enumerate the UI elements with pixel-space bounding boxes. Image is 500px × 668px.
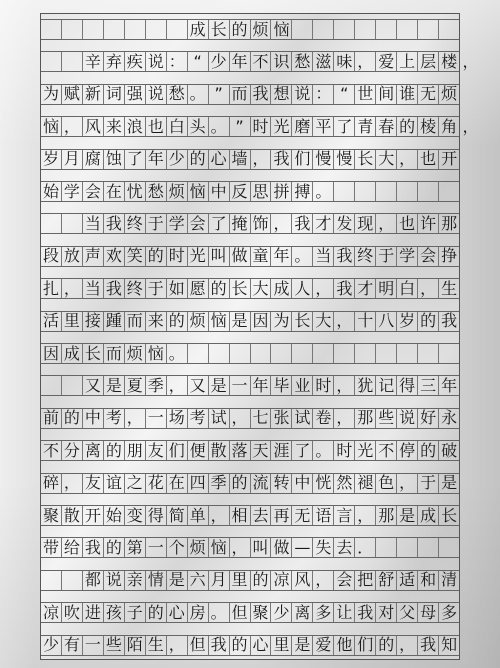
char-cell: 第: [125, 538, 146, 557]
char-cell: 大: [313, 312, 334, 331]
char-cell: 弃: [104, 52, 125, 71]
char-cell: 的: [167, 312, 188, 331]
char-cell: 中: [83, 409, 104, 428]
char-cell: 八: [376, 312, 397, 331]
char-cell: 一: [83, 636, 104, 655]
char-cell: 活: [41, 312, 62, 331]
char-cell: 停: [397, 441, 418, 460]
char-cell: 是: [104, 376, 125, 395]
char-cell: 去: [251, 506, 272, 525]
char-cell: 场: [167, 409, 188, 428]
char-cell: 风: [292, 571, 313, 590]
char-cell: 在: [104, 182, 125, 201]
char-cell: 时: [167, 247, 188, 266]
char-cell: 光: [271, 117, 292, 136]
char-cell: 而: [230, 85, 251, 104]
char-cell: ，: [62, 474, 83, 493]
char-cell: ，: [271, 214, 292, 233]
char-cell: 不: [41, 441, 62, 460]
char-cell: “: [188, 52, 209, 71]
char-cell: 也: [146, 117, 167, 136]
char-cell: ，: [62, 117, 83, 136]
char-cell: 声: [83, 247, 104, 266]
char-cell: 里: [62, 312, 83, 331]
char-cell: 去: [334, 538, 355, 557]
char-cell: 的: [251, 571, 272, 590]
char-cell: ：: [313, 85, 334, 104]
char-cell: [313, 344, 334, 363]
char-cell: 然: [334, 474, 355, 493]
char-cell: 搏: [292, 182, 313, 201]
char-cell: 些: [376, 409, 397, 428]
char-cell: 聚: [251, 603, 272, 622]
char-cell: 间: [376, 85, 397, 104]
char-cell: 得: [146, 506, 167, 525]
char-cell: 破: [439, 441, 459, 460]
char-cell: 我: [292, 214, 313, 233]
char-cell: 我: [439, 312, 459, 331]
essay-line: 少有一些陌生，但我的心里是爱他们的，我知: [41, 635, 459, 656]
char-cell: ，: [397, 636, 418, 655]
char-cell: 学: [167, 214, 188, 233]
char-cell: [439, 344, 459, 363]
char-cell: 踵: [104, 312, 125, 331]
char-cell: 失: [313, 538, 334, 557]
char-cell: 卷: [313, 409, 334, 428]
char-cell: ，: [230, 409, 251, 428]
char-cell: 我: [271, 150, 292, 169]
char-cell: 磨: [292, 117, 313, 136]
essay-line: 为赋新词强说愁。”而我想说：“世间谁无烦: [41, 84, 459, 105]
char-cell: 亲: [125, 571, 146, 590]
char-cell: 季: [209, 474, 230, 493]
char-cell: 长: [230, 279, 251, 298]
char-cell: 接: [83, 312, 104, 331]
char-cell: 我: [83, 538, 104, 557]
char-cell: 也: [418, 150, 439, 169]
char-cell: 知: [439, 636, 459, 655]
char-cell: 愿: [188, 279, 209, 298]
char-cell: 月: [209, 571, 230, 590]
essay-line: 带给我的第一个烦恼，叫做—失去．: [41, 537, 459, 558]
char-cell: 情: [146, 571, 167, 590]
char-cell: 是: [167, 571, 188, 590]
char-cell: 了: [209, 214, 230, 233]
char-cell: 我: [355, 603, 376, 622]
char-cell: 棱: [418, 117, 439, 136]
char-cell: 说: [146, 85, 167, 104]
char-cell: 我: [334, 247, 355, 266]
char-cell: 相: [230, 506, 251, 525]
essay-line: 岁月腐蚀了年少的心墙，我们慢慢长大，也开: [41, 149, 459, 170]
char-cell: 不: [376, 441, 397, 460]
char-cell: 三: [418, 376, 439, 395]
char-cell: 我: [418, 636, 439, 655]
char-cell: [334, 182, 355, 201]
char-cell: 散: [209, 441, 230, 460]
char-cell: 也: [397, 214, 418, 233]
char-cell: 都: [83, 571, 104, 590]
char-cell: 单: [188, 506, 209, 525]
char-cell: 发: [334, 214, 355, 233]
char-cell: 大: [251, 279, 272, 298]
char-cell: 头: [188, 117, 209, 136]
title-char-cell: 的: [230, 20, 251, 39]
char-cell: 友: [146, 441, 167, 460]
char-cell: 为: [271, 312, 292, 331]
char-cell: ，: [251, 150, 272, 169]
char-cell: 。: [188, 85, 209, 104]
char-cell: 房: [188, 603, 209, 622]
char-cell: 生: [146, 636, 167, 655]
title-char-cell: 长: [209, 20, 230, 39]
char-cell: 里: [271, 636, 292, 655]
char-cell: ：: [167, 52, 188, 71]
char-cell: 叫: [209, 247, 230, 266]
char-cell: 我: [251, 85, 272, 104]
char-cell: 时: [313, 376, 334, 395]
char-cell: 的: [418, 441, 439, 460]
char-cell: 舒: [376, 571, 397, 590]
char-cell: 但: [230, 603, 251, 622]
char-cell: ，: [397, 150, 418, 169]
char-cell: 们: [292, 150, 313, 169]
char-cell: 和: [418, 571, 439, 590]
char-cell: ”: [209, 85, 230, 104]
char-cell: 长: [439, 506, 459, 525]
char-cell: [334, 20, 355, 39]
char-cell: 烦: [125, 344, 146, 363]
char-cell: ，: [209, 506, 230, 525]
char-cell: 那: [376, 506, 397, 525]
char-cell: 人: [292, 279, 313, 298]
char-cell: 的: [146, 247, 167, 266]
char-cell: 青: [355, 117, 376, 136]
char-cell: 学: [397, 247, 418, 266]
title-char-cell: 烦: [251, 20, 272, 39]
char-cell: 愁: [167, 85, 188, 104]
char-cell: 岁: [397, 312, 418, 331]
char-cell: 记: [376, 376, 397, 395]
char-cell: 毕: [271, 376, 292, 395]
char-cell: 长: [355, 150, 376, 169]
char-cell: [167, 20, 188, 39]
char-cell: ，: [334, 312, 355, 331]
char-cell: 考: [188, 409, 209, 428]
char-cell: 少: [271, 603, 292, 622]
char-cell: 的: [146, 603, 167, 622]
char-cell: 再: [271, 506, 292, 525]
manuscript-grid-paper: 成长的烦恼 辛弃疾说：“少年不识愁滋味，爱上层楼 为赋新词强说愁。”而我想说：“…: [40, 13, 460, 660]
char-cell: 明: [376, 279, 397, 298]
char-cell: 那: [439, 214, 459, 233]
title-char-cell: 成: [188, 20, 209, 39]
char-cell: 一: [146, 409, 167, 428]
char-cell: 恍: [313, 474, 334, 493]
char-cell: [62, 20, 83, 39]
char-cell: 滋: [313, 52, 334, 71]
char-cell: 爱: [376, 52, 397, 71]
char-cell: 是: [439, 474, 459, 493]
char-cell: [230, 344, 251, 363]
essay-line: 扎，当我终于如愿的长大成人，我才明白，生: [41, 278, 459, 299]
char-cell: 年: [146, 150, 167, 169]
char-cell: [292, 344, 313, 363]
char-cell: 时: [334, 441, 355, 460]
char-cell: 世: [355, 85, 376, 104]
char-cell: 长: [83, 344, 104, 363]
char-cell: 多: [439, 603, 459, 622]
char-cell: 是: [397, 506, 418, 525]
char-cell: ，: [334, 409, 355, 428]
char-cell: [271, 344, 292, 363]
char-cell: 词: [104, 85, 125, 104]
char-cell: 考: [104, 409, 125, 428]
char-cell: 吹: [62, 603, 83, 622]
char-cell: 我: [334, 279, 355, 298]
char-cell: [41, 52, 62, 71]
char-cell: 于: [418, 474, 439, 493]
char-cell: 学: [62, 182, 83, 201]
char-cell: 褪: [355, 474, 376, 493]
char-cell: 又: [83, 376, 104, 395]
char-cell: ，: [355, 506, 376, 525]
char-cell: 年: [271, 247, 292, 266]
char-cell: 。: [292, 247, 313, 266]
char-cell: 段: [41, 247, 62, 266]
char-cell: 的: [104, 538, 125, 557]
char-cell: 光: [188, 247, 209, 266]
char-cell: 六: [188, 571, 209, 590]
char-cell: 落: [230, 441, 251, 460]
char-cell: 的: [418, 312, 439, 331]
char-cell: [188, 344, 209, 363]
char-cell: 说: [104, 571, 125, 590]
essay-line: 辛弃疾说：“少年不识愁滋味，爱上层楼: [41, 51, 459, 72]
char-cell: 新: [83, 85, 104, 104]
char-cell: 说: [397, 409, 418, 428]
char-cell: 烦: [188, 312, 209, 331]
char-cell: 烦: [188, 538, 209, 557]
char-cell: ．: [355, 538, 376, 557]
char-cell: [418, 182, 439, 201]
char-cell: [313, 20, 334, 39]
char-cell: 的: [230, 474, 251, 493]
essay-line: 因成长而烦恼。: [41, 343, 459, 364]
char-cell: 恼: [41, 117, 62, 136]
char-cell: 浪: [125, 117, 146, 136]
char-cell: 为: [41, 85, 62, 104]
essay-line: 聚散开始变得简单，相去再无语言，那是成长: [41, 505, 459, 526]
essay-line: 不分离的朋友们便散落天涯了。时光不停的破: [41, 440, 459, 461]
char-cell: 凉: [271, 571, 292, 590]
char-cell: 月: [62, 150, 83, 169]
char-cell: 母: [418, 603, 439, 622]
char-cell: 爱: [313, 636, 334, 655]
char-cell: 是: [230, 312, 251, 331]
char-cell: ，: [418, 279, 439, 298]
char-cell: [62, 214, 83, 233]
char-cell: 说: [292, 85, 313, 104]
char-cell: 是: [292, 636, 313, 655]
char-cell: 如: [167, 279, 188, 298]
char-cell: 谊: [104, 474, 125, 493]
char-cell: 恼: [146, 344, 167, 363]
char-cell: 白: [167, 117, 188, 136]
char-cell: 一: [230, 376, 251, 395]
char-cell: 角: [439, 117, 459, 136]
essay-line: 凉吹进孩子的心房。但聚少离多让我对父母多: [41, 602, 459, 623]
char-cell: 。: [209, 117, 230, 136]
char-cell: 他: [334, 636, 355, 655]
char-cell: 孩: [104, 603, 125, 622]
char-cell: 变: [125, 506, 146, 525]
char-cell: 放: [62, 247, 83, 266]
char-cell: 的: [230, 636, 251, 655]
char-cell: 。: [167, 344, 188, 363]
char-cell: [355, 182, 376, 201]
char-cell: [125, 20, 146, 39]
char-cell: [62, 571, 83, 590]
char-cell: ，: [167, 636, 188, 655]
char-cell: 赋: [62, 85, 83, 104]
char-cell: 试: [209, 409, 230, 428]
char-cell: 永: [439, 409, 459, 428]
char-cell: 因: [41, 344, 62, 363]
char-cell: 得: [397, 376, 418, 395]
char-cell: 多: [313, 603, 334, 622]
char-cell: 进: [83, 603, 104, 622]
margin-punctuation: ，: [460, 51, 481, 72]
essay-line: 碎，友谊之花在四季的流转中恍然褪色，于是: [41, 473, 459, 494]
char-cell: 分: [62, 441, 83, 460]
char-cell: 是: [209, 376, 230, 395]
char-cell: [397, 538, 418, 557]
char-cell: 恼: [209, 538, 230, 557]
char-cell: 扎: [41, 279, 62, 298]
char-cell: 谁: [397, 85, 418, 104]
char-cell: 饰: [251, 214, 272, 233]
char-cell: 来: [146, 312, 167, 331]
char-cell: 季: [146, 376, 167, 395]
char-cell: 于: [376, 247, 397, 266]
essay-line: 恼，风来浪也白头。”时光磨平了青春的棱角: [41, 116, 459, 137]
char-cell: 当: [83, 214, 104, 233]
char-cell: 适: [397, 571, 418, 590]
title-char-cell: 恼: [271, 20, 292, 39]
essay-line: 始学会在忧愁烦恼中反思拼搏。: [41, 181, 459, 202]
char-cell: 的: [104, 441, 125, 460]
char-cell: 笑: [125, 247, 146, 266]
char-cell: ，: [334, 376, 355, 395]
char-cell: 烦: [439, 85, 459, 104]
char-cell: 长: [292, 312, 313, 331]
char-cell: 来: [104, 117, 125, 136]
char-cell: [41, 20, 62, 39]
char-cell: 里: [230, 571, 251, 590]
char-cell: 会: [188, 214, 209, 233]
char-cell: ，: [397, 474, 418, 493]
char-cell: ，: [230, 538, 251, 557]
char-cell: 年: [439, 376, 459, 395]
char-cell: 墙: [230, 150, 251, 169]
char-cell: [292, 20, 313, 39]
char-cell: 辛: [83, 52, 104, 71]
char-cell: [62, 376, 83, 395]
char-cell: [83, 20, 104, 39]
char-cell: 夏: [125, 376, 146, 395]
char-cell: 些: [104, 636, 125, 655]
char-cell: 转: [271, 474, 292, 493]
char-cell: 我: [104, 214, 125, 233]
char-cell: 语: [313, 506, 334, 525]
char-cell: [41, 376, 62, 395]
char-cell: 前: [41, 409, 62, 428]
char-cell: 十: [355, 312, 376, 331]
char-cell: 风: [83, 117, 104, 136]
essay-line: 又是夏季，又是一年毕业时，犹记得三年: [41, 375, 459, 396]
char-cell: 父: [397, 603, 418, 622]
char-cell: [355, 344, 376, 363]
char-cell: 光: [355, 441, 376, 460]
char-cell: 个: [167, 538, 188, 557]
char-cell: [439, 20, 459, 39]
char-cell: 子: [125, 603, 146, 622]
char-cell: 碎: [41, 474, 62, 493]
char-cell: ，: [313, 279, 334, 298]
char-cell: 识: [271, 52, 292, 71]
essay-line: 都说亲情是六月里的凉风，会把舒适和清: [41, 570, 459, 591]
char-cell: [104, 20, 125, 39]
char-cell: 白: [397, 279, 418, 298]
char-cell: 但: [188, 636, 209, 655]
char-cell: 恼: [209, 312, 230, 331]
char-cell: 好: [418, 409, 439, 428]
char-cell: 于: [146, 279, 167, 298]
char-cell: 中: [209, 182, 230, 201]
char-cell: 年: [251, 376, 272, 395]
char-cell: 疾: [125, 52, 146, 71]
char-cell: 腐: [83, 150, 104, 169]
char-cell: 言: [334, 506, 355, 525]
char-cell: 会: [83, 182, 104, 201]
char-cell: ，: [355, 52, 376, 71]
char-cell: 少: [167, 150, 188, 169]
char-cell: 而: [125, 312, 146, 331]
char-cell: [376, 538, 397, 557]
char-cell: 无: [418, 85, 439, 104]
char-cell: 朋: [125, 441, 146, 460]
char-cell: [376, 182, 397, 201]
char-cell: 我: [104, 279, 125, 298]
char-cell: [146, 20, 167, 39]
char-cell: 而: [104, 344, 125, 363]
char-cell: 愁: [146, 182, 167, 201]
char-cell: 的: [209, 279, 230, 298]
char-cell: 了: [292, 441, 313, 460]
char-cell: 年: [230, 52, 251, 71]
char-cell: 们: [167, 441, 188, 460]
char-cell: 友: [83, 474, 104, 493]
char-cell: 的: [376, 636, 397, 655]
essay-line: 当我终于学会了掩饰，我才发现，也许那: [41, 213, 459, 234]
char-cell: 流: [251, 474, 272, 493]
char-cell: 因: [251, 312, 272, 331]
char-cell: 成: [418, 506, 439, 525]
char-cell: 清: [439, 571, 459, 590]
char-cell: 涯: [271, 441, 292, 460]
char-cell: 心: [251, 636, 272, 655]
